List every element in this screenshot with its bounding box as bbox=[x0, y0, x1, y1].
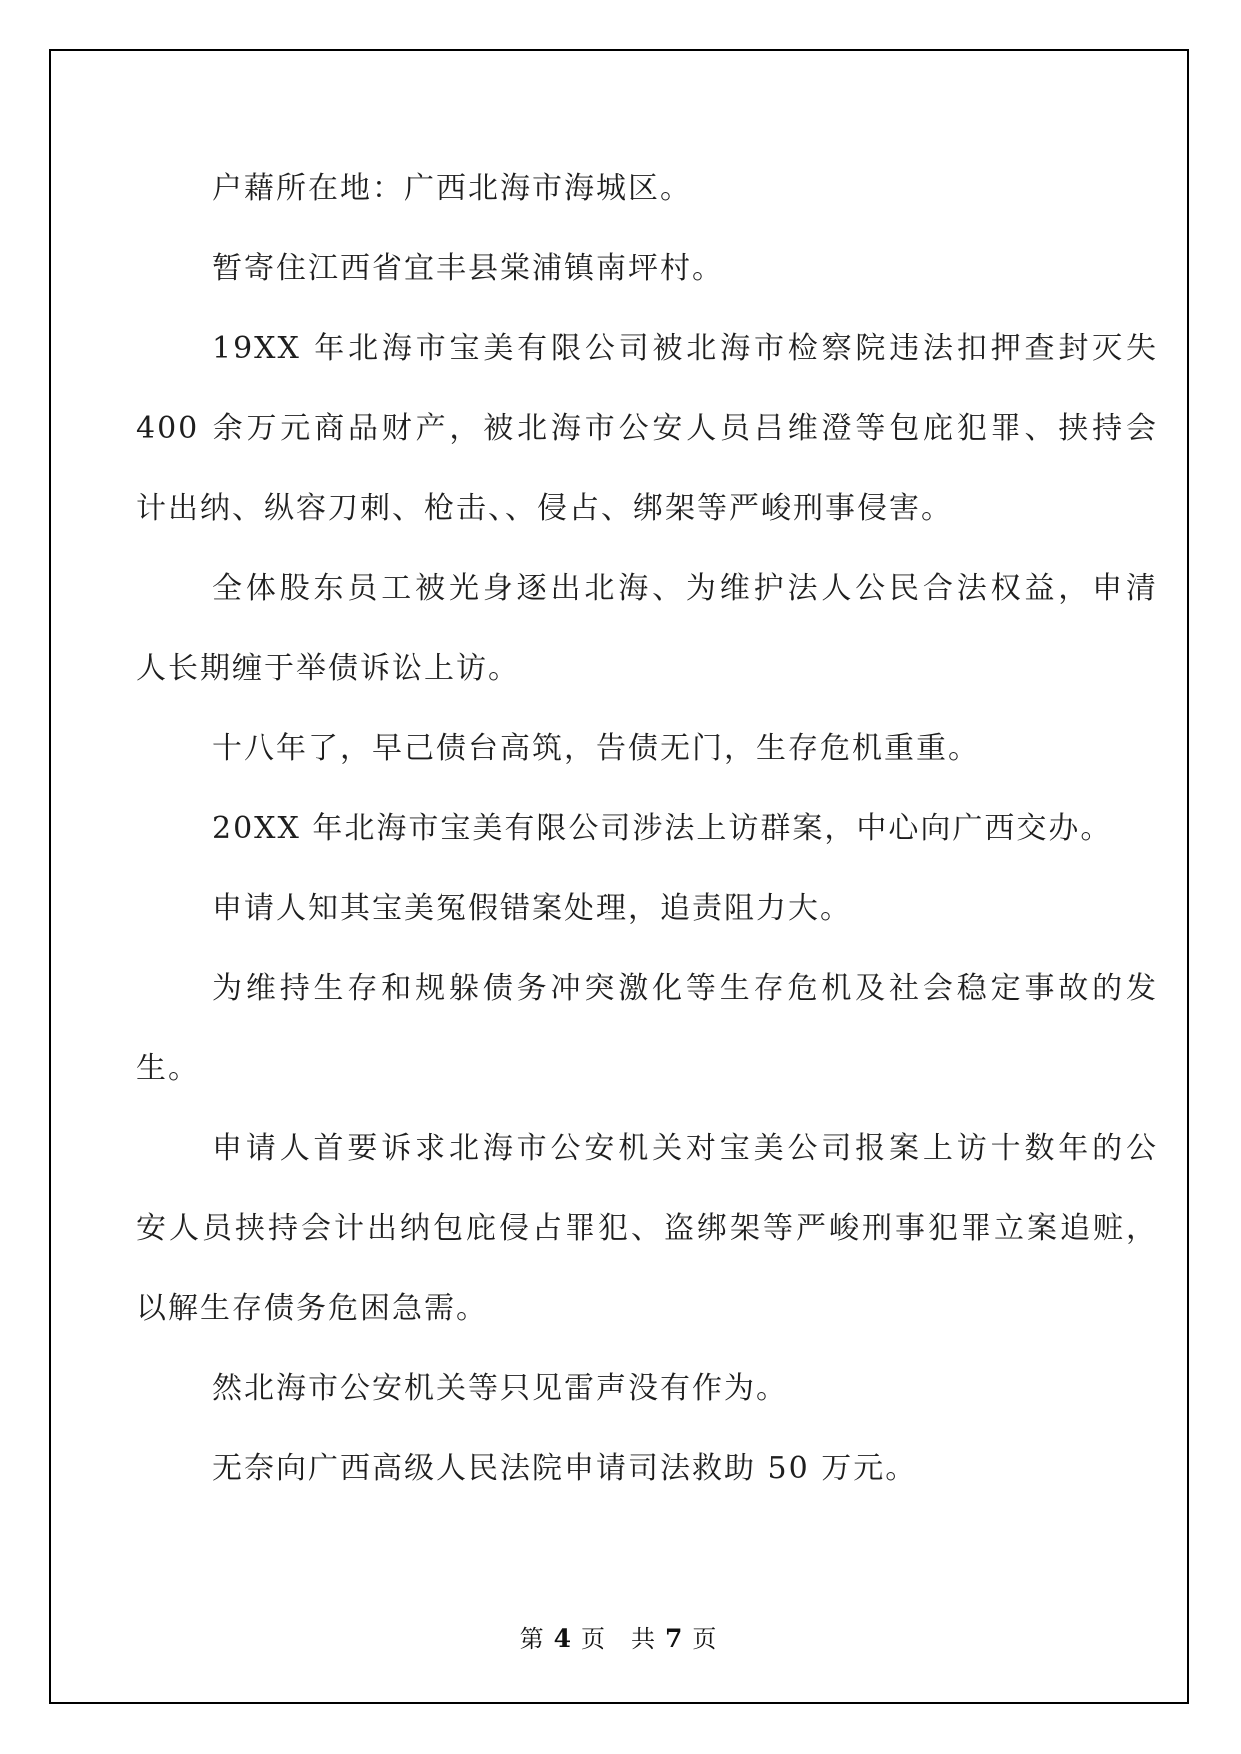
text-line: 申请人知其宝美冤假错案处理，追责阻力大。 bbox=[136, 869, 1158, 949]
text-line: 安人员挟持会计出纳包庇侵占罪犯、盗绑架等严峻刑事犯罪立案追赃， bbox=[136, 1189, 1158, 1269]
text-line: 以解生存债务危困急需。 bbox=[136, 1269, 1158, 1349]
text-line: 生。 bbox=[136, 1029, 1158, 1109]
footer-page-prefix: 第 bbox=[520, 1625, 546, 1653]
text-line: 400 余万元商品财产，被北海市公安人员吕维澄等包庇犯罪、挟持会 bbox=[136, 389, 1158, 469]
footer-total-unit: 页 bbox=[692, 1625, 718, 1653]
text-line: 然北海市公安机关等只见雷声没有作为。 bbox=[136, 1349, 1158, 1429]
text-line: 20XX 年北海市宝美有限公司涉法上访群案，中心向广西交办。 bbox=[136, 789, 1158, 869]
text-line: 无奈向广西高级人民法院申请司法救助 50 万元。 bbox=[136, 1429, 1158, 1509]
page-border-frame: 户藉所在地：广西北海市海城区。 暂寄住江西省宜丰县棠浦镇南坪村。 19XX 年北… bbox=[49, 49, 1189, 1704]
text-line: 申请人首要诉求北海市公安机关对宝美公司报案上访十数年的公 bbox=[136, 1109, 1158, 1189]
document-page: { "document": { "colors": { "background"… bbox=[0, 0, 1241, 1754]
text-line: 19XX 年北海市宝美有限公司被北海市检察院违法扣押查封灭失 bbox=[136, 309, 1158, 389]
text-line: 人长期缠于举债诉讼上访。 bbox=[136, 629, 1158, 709]
text-line: 全体股东员工被光身逐出北海、为维护法人公民合法权益，申清 bbox=[136, 549, 1158, 629]
footer-total-number: 7 bbox=[665, 1624, 684, 1653]
text-line: 户藉所在地：广西北海市海城区。 bbox=[136, 149, 1158, 229]
text-line: 十八年了，早己债台高筑，告债无门，生存危机重重。 bbox=[136, 709, 1158, 789]
page-footer: 第4页共7页 bbox=[51, 1619, 1187, 1654]
document-body: 户藉所在地：广西北海市海城区。 暂寄住江西省宜丰县棠浦镇南坪村。 19XX 年北… bbox=[136, 149, 1158, 1509]
footer-page-unit: 页 bbox=[581, 1625, 607, 1653]
text-line: 计出纳、纵容刀刺、枪击、、侵占、绑架等严峻刑事侵害。 bbox=[136, 469, 1158, 549]
footer-total-prefix: 共 bbox=[631, 1625, 657, 1653]
footer-page-number: 4 bbox=[554, 1624, 573, 1653]
text-line: 暂寄住江西省宜丰县棠浦镇南坪村。 bbox=[136, 229, 1158, 309]
text-line: 为维持生存和规躲债务冲突激化等生存危机及社会稳定事故的发 bbox=[136, 949, 1158, 1029]
